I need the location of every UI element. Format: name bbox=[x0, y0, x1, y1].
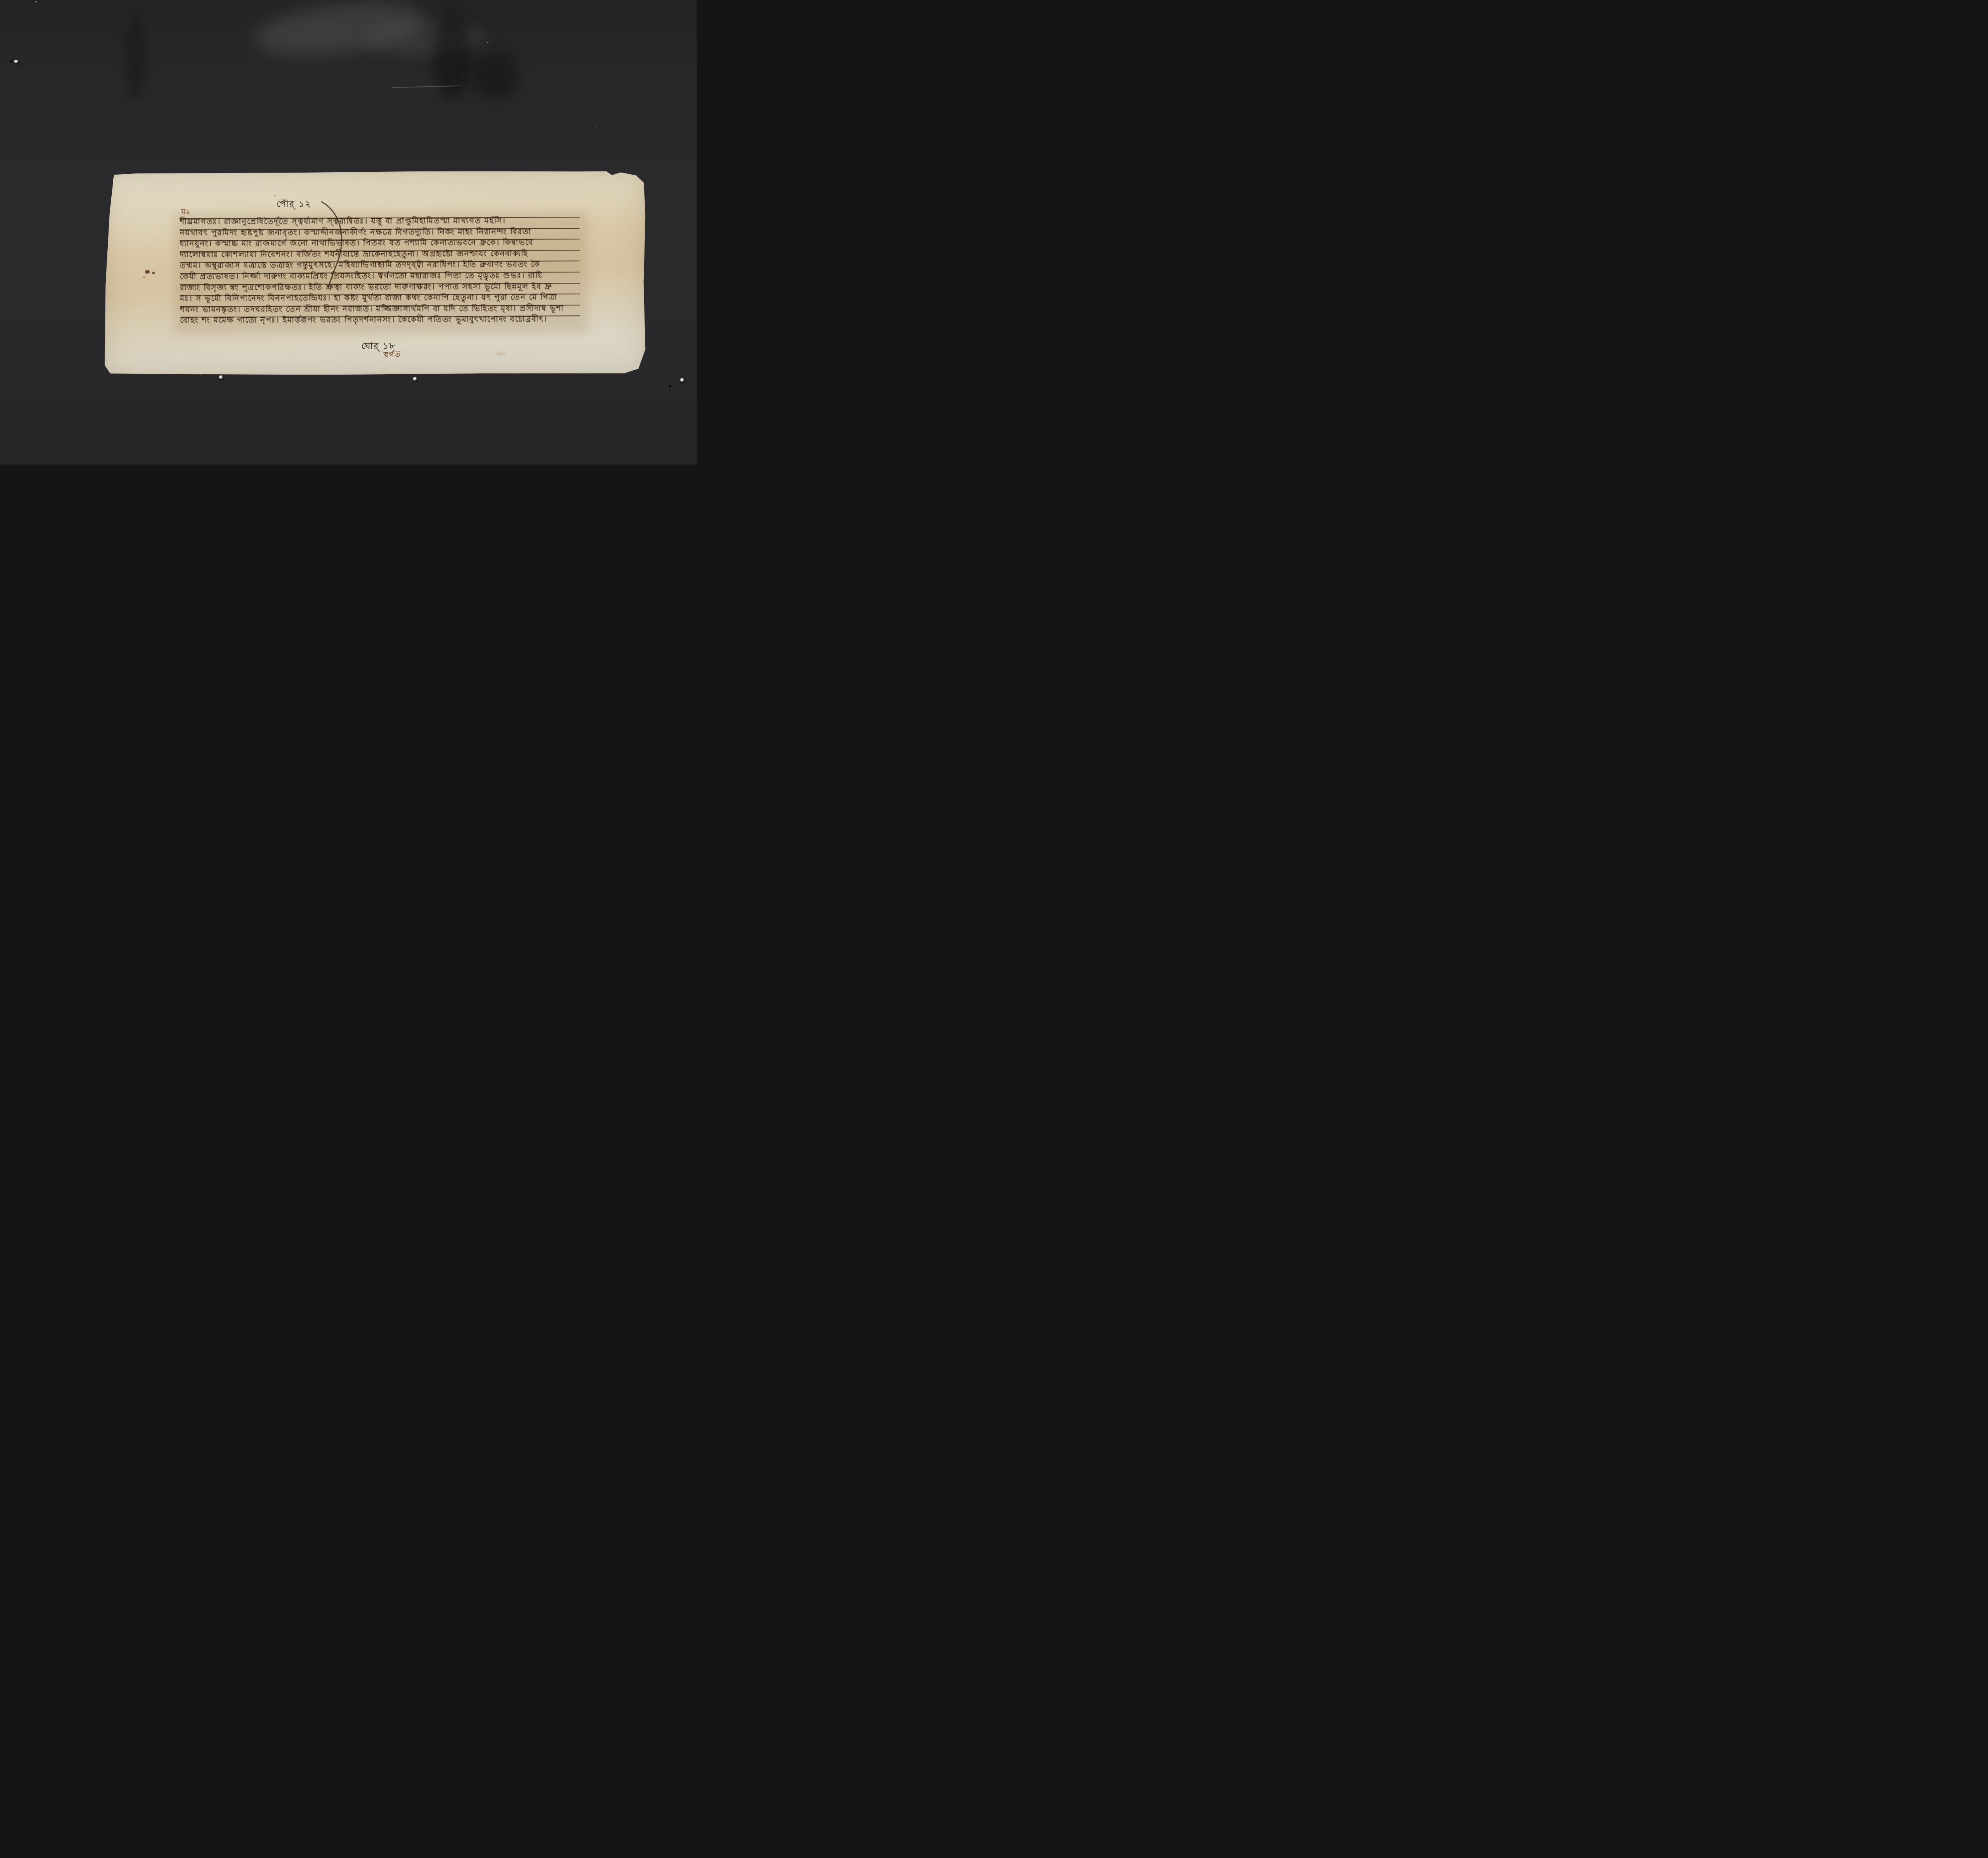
manuscript-leaf: য২ পৌর্ ১২ শীঘ্রমাগতঃ। রাজ্ঞানুপ্রেষিতৈর… bbox=[103, 171, 646, 376]
manuscript-line: নযথাবৎ পুরমিদং হৃষ্টপুষ্ট জনাবৃতং। কস্মা… bbox=[180, 226, 580, 238]
ink-stain bbox=[145, 270, 150, 274]
ink-stain bbox=[143, 276, 145, 278]
push-pin bbox=[413, 377, 417, 381]
photo-of-manuscript-on-dark-board: য২ পৌর্ ১২ শীঘ্রমাগতঃ। রাজ্ঞানুপ্রেষিতৈর… bbox=[0, 0, 697, 464]
manuscript-line: দ্যালোম্বয়াঃ কোশল্যাযা নিবেশনং। বর্জিতং… bbox=[180, 248, 580, 260]
manuscript-line: কেযী প্রত্যভাষত। নির্জ্জা দারুণং বাক্যমপ… bbox=[180, 270, 580, 282]
text-block: শীঘ্রমাগতঃ। রাজ্ঞানুপ্রেষিতৈর্দূতৈ স্ত্ব… bbox=[179, 215, 580, 326]
header-annotation: পৌর্ ১২ bbox=[276, 197, 311, 212]
push-pin bbox=[14, 60, 18, 63]
push-pin bbox=[219, 375, 223, 379]
manuscript-line: শযনং ভামনষ্কৃতং। তদঘরহিতং তেন শ্রীযা হীন… bbox=[180, 303, 580, 315]
manuscript-line: মঃ। স ভূমৌ বিনিপানেদং বিননপাহতেন্দ্রিযঃ।… bbox=[180, 292, 580, 304]
ink-stain bbox=[152, 272, 155, 274]
manuscript-line: বোহং শং মমেক্ষ গাতো নৃপঃ। ইমার্ত্তরূপং ভ… bbox=[180, 314, 580, 326]
pin-hole bbox=[669, 385, 672, 387]
foxing-spot bbox=[274, 195, 276, 196]
dust-specks bbox=[0, 0, 0, 0]
background-smudge-dark bbox=[471, 52, 519, 99]
foxing-spot bbox=[495, 352, 506, 356]
manuscript-line: শীঘ্রমাগতঃ। রাজ্ঞানুপ্রেষিতৈর্দূতৈ স্ত্ব… bbox=[179, 215, 579, 227]
pin-hole bbox=[10, 60, 12, 63]
footer-annotation-red: স্বর্গত bbox=[383, 348, 402, 362]
background-smudge-dark bbox=[126, 16, 146, 101]
paper-edge-highlight bbox=[645, 288, 646, 369]
manuscript-line: রাজ্যং বিসৃজ্য স্বং পুত্রশোকপরিক্ষতঃ। ইত… bbox=[180, 281, 580, 293]
push-pin bbox=[680, 378, 684, 382]
manuscript-line: ধ্যানযুনং। কস্মাচ্চ মাং রাজমার্গে জনো না… bbox=[180, 237, 580, 249]
manuscript-line: তন্মম। অম্বুরাজাস যত্রাস্তে তত্রাহং গন্ত… bbox=[180, 259, 580, 271]
